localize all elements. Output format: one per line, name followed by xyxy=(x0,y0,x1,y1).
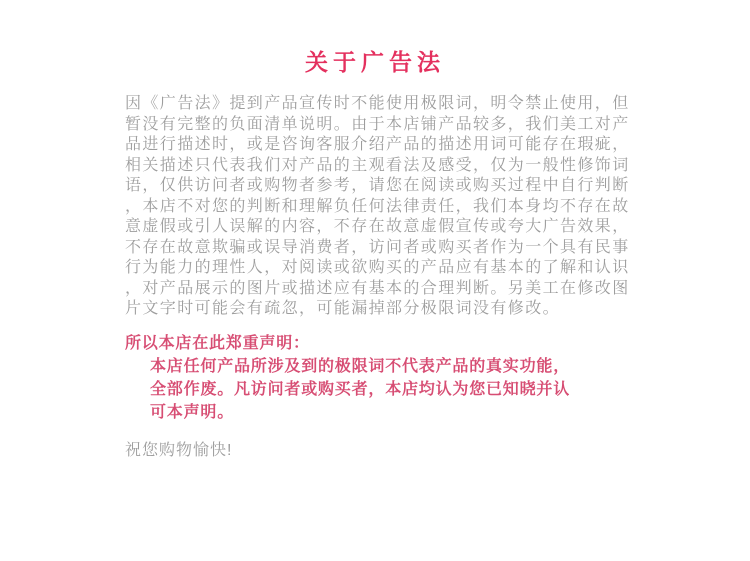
statement-section: 所以本店在此郑重声明： 本店任何产品所涉及到的极限词不代表产品的真实功能， 全部… xyxy=(125,332,570,424)
disclaimer-line-8: 不存在故意欺骗或误导消费者，访问者或购买者作为一个具有民事 xyxy=(125,238,630,259)
page-title: 关于广告法 xyxy=(0,44,750,77)
disclaimer-line-4: 相关描述只代表我们对产品的主观看法及感受，仅为一般性修饰词 xyxy=(125,156,630,177)
disclaimer-line-10: ，对产品展示的图片或描述应有基本的合理判断。另美工在修改图 xyxy=(125,279,630,300)
disclaimer-line-9: 行为能力的理性人，对阅读或欲购买的产品应有基本的了解和认识 xyxy=(125,258,630,279)
disclaimer-line-7: 意虚假或引人误解的内容，不存在故意虚假宣传或夸大广告效果， xyxy=(125,217,630,238)
disclaimer-line-6: ，本店不对您的判断和理解负任何法律责任，我们本身均不存在故 xyxy=(125,197,630,218)
statement-heading: 所以本店在此郑重声明： xyxy=(125,332,570,355)
statement-line-1: 本店任何产品所涉及到的极限词不代表产品的真实功能， xyxy=(150,355,570,378)
disclaimer-line-11: 片文字时可能会有疏忽，可能漏掉部分极限词没有修改。 xyxy=(125,299,630,320)
statement-line-3: 可本声明。 xyxy=(150,401,570,424)
disclaimer-paragraph: 因《广告法》提到产品宣传时不能使用极限词，明令禁止使用，但 暂没有完整的负面清单… xyxy=(125,94,630,320)
advertising-law-notice: 关于广告法 因《广告法》提到产品宣传时不能使用极限词，明令禁止使用，但 暂没有完… xyxy=(0,0,750,561)
disclaimer-line-5: 语，仅供访问者或购物者参考，请您在阅读或购买过程中自行判断 xyxy=(125,176,630,197)
disclaimer-line-3: 品进行描述时，或是咨询客服介绍产品的描述用词可能存在瑕疵， xyxy=(125,135,630,156)
statement-line-2: 全部作废。凡访问者或购买者，本店均认为您已知晓并认 xyxy=(150,378,570,401)
disclaimer-line-2: 暂没有完整的负面清单说明。由于本店铺产品较多，我们美工对产 xyxy=(125,115,630,136)
closing-wish: 祝您购物愉快! xyxy=(125,437,232,460)
disclaimer-line-1: 因《广告法》提到产品宣传时不能使用极限词，明令禁止使用，但 xyxy=(125,94,630,115)
